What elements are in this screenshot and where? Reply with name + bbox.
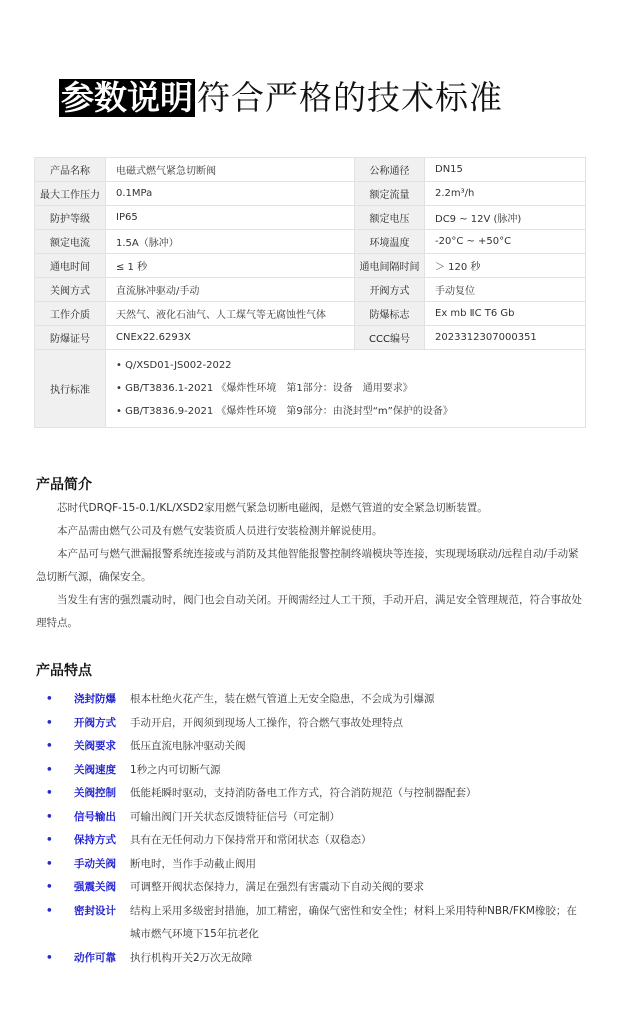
feature-item: •密封设计结构上采用多级密封措施，加工精密，确保气密性和安全性；材料上采用特种N… <box>36 900 586 947</box>
spec-value: 0.1MPa <box>106 182 355 206</box>
intro-title: 产品简介 <box>36 474 586 494</box>
bullet-icon: • <box>36 853 74 877</box>
spec-value: 2.2m³/h <box>425 182 586 206</box>
spec-label: 通电间隔时间 <box>355 254 425 278</box>
intro-paragraph: 本产品可与燃气泄漏报警系统连接或与消防及其他智能报警控制终端模块等连接，实现现场… <box>36 543 586 589</box>
feature-desc: 低压直流电脉冲驱动关阀 <box>126 735 586 759</box>
page-title: 参数说明 符合严格的技术标准 <box>59 78 503 118</box>
spec-value: ≤ 1 秒 <box>106 254 355 278</box>
spec-row: 工作介质天然气、液化石油气、人工煤气等无腐蚀性气体防爆标志Ex mb ⅡC T6… <box>35 302 586 326</box>
spec-value: IP65 <box>106 206 355 230</box>
feature-desc: 1秒之内可切断气源 <box>126 759 586 783</box>
standards-list: • Q/XSD01-JS002-2022• GB/T3836.1-2021 《爆… <box>106 350 586 428</box>
feature-item: •关阀要求低压直流电脉冲驱动关阀 <box>36 735 586 759</box>
feature-desc: 可调整开阀状态保持力，满足在强烈有害震动下自动关阀的要求 <box>126 876 586 900</box>
bullet-icon: • <box>36 829 74 853</box>
spec-label: 额定流量 <box>355 182 425 206</box>
spec-row: 通电时间≤ 1 秒通电间隔时间＞ 120 秒 <box>35 254 586 278</box>
bullet-icon: • <box>36 712 74 736</box>
intro-paragraph: 本产品需由燃气公司及有燃气安装资质人员进行安装检测并解说使用。 <box>36 520 586 543</box>
bullet-icon: • <box>36 947 74 971</box>
feature-key: 动作可靠 <box>74 947 126 971</box>
spec-label: 公称通径 <box>355 158 425 182</box>
spec-row: 最大工作压力0.1MPa额定流量2.2m³/h <box>35 182 586 206</box>
standard-item: • Q/XSD01-JS002-2022 <box>116 354 585 377</box>
feature-key: 浇封防爆 <box>74 688 126 712</box>
feature-desc: 手动开启，开阀须到现场人工操作，符合燃气事故处理特点 <box>126 712 586 736</box>
feature-desc: 可输出阀门开关状态反馈特征信号（可定制） <box>126 806 586 830</box>
spec-label: 额定电流 <box>35 230 106 254</box>
bullet-icon: • <box>36 688 74 712</box>
spec-label: 环境温度 <box>355 230 425 254</box>
spec-label: 防护等级 <box>35 206 106 230</box>
spec-value: 直流脉冲驱动/手动 <box>106 278 355 302</box>
feature-item: •动作可靠执行机构开关2万次无故障 <box>36 947 586 971</box>
bullet-icon: • <box>36 735 74 759</box>
feature-desc: 结构上采用多级密封措施，加工精密，确保气密性和安全性；材料上采用特种NBR/FK… <box>126 900 586 947</box>
feature-key: 开阀方式 <box>74 712 126 736</box>
feature-item: •浇封防爆根本杜绝火花产生，装在燃气管道上无安全隐患，不会成为引爆源 <box>36 688 586 712</box>
spec-row: 额定电流1.5A（脉冲）环境温度-20°C ~ +50°C <box>35 230 586 254</box>
standard-item: • GB/T3836.1-2021 《爆炸性环境 第1部分：设备 通用要求》 <box>116 377 585 400</box>
spec-value: 天然气、液化石油气、人工煤气等无腐蚀性气体 <box>106 302 355 326</box>
spec-label: 额定电压 <box>355 206 425 230</box>
bullet-icon: • <box>36 900 74 947</box>
feature-list: •浇封防爆根本杜绝火花产生，装在燃气管道上无安全隐患，不会成为引爆源•开阀方式手… <box>36 688 586 970</box>
feature-item: •信号输出可输出阀门开关状态反馈特征信号（可定制） <box>36 806 586 830</box>
spec-row: 产品名称电磁式燃气紧急切断阀公称通径DN15 <box>35 158 586 182</box>
standards-label: 执行标准 <box>35 350 106 428</box>
spec-value: CNEx22.6293X <box>106 326 355 350</box>
standards-row: 执行标准• Q/XSD01-JS002-2022• GB/T3836.1-202… <box>35 350 586 428</box>
feature-item: •手动关阀断电时，当作手动截止阀用 <box>36 853 586 877</box>
spec-value: ＞ 120 秒 <box>425 254 586 278</box>
features-section: 产品特点 •浇封防爆根本杜绝火花产生，装在燃气管道上无安全隐患，不会成为引爆源•… <box>36 660 586 970</box>
feature-desc: 根本杜绝火花产生，装在燃气管道上无安全隐患，不会成为引爆源 <box>126 688 586 712</box>
spec-value: 手动复位 <box>425 278 586 302</box>
title-highlight: 参数说明 <box>59 79 195 117</box>
spec-label: CCC编号 <box>355 326 425 350</box>
spec-row: 关阀方式直流脉冲驱动/手动开阀方式手动复位 <box>35 278 586 302</box>
spec-value: -20°C ~ +50°C <box>425 230 586 254</box>
spec-label: 工作介质 <box>35 302 106 326</box>
feature-item: •关阀控制低能耗瞬时驱动，支持消防备电工作方式，符合消防规范（与控制器配套） <box>36 782 586 806</box>
spec-value: 2023312307000351 <box>425 326 586 350</box>
spec-value: 电磁式燃气紧急切断阀 <box>106 158 355 182</box>
intro-paragraph: 芯时代DRQF-15-0.1/KL/XSD2家用燃气紧急切断电磁阀，是燃气管道的… <box>36 497 586 520</box>
feature-key: 保持方式 <box>74 829 126 853</box>
spec-label: 开阀方式 <box>355 278 425 302</box>
bullet-icon: • <box>36 806 74 830</box>
feature-item: •保持方式具有在无任何动力下保持常开和常闭状态（双稳态） <box>36 829 586 853</box>
spec-label: 最大工作压力 <box>35 182 106 206</box>
spec-label: 产品名称 <box>35 158 106 182</box>
standard-item: • GB/T3836.9-2021 《爆炸性环境 第9部分：由浇封型“m”保护的… <box>116 400 585 423</box>
features-title: 产品特点 <box>36 660 586 680</box>
feature-desc: 断电时，当作手动截止阀用 <box>126 853 586 877</box>
feature-item: •关阀速度1秒之内可切断气源 <box>36 759 586 783</box>
spec-label: 通电时间 <box>35 254 106 278</box>
title-rest: 符合严格的技术标准 <box>197 78 503 118</box>
feature-item: •开阀方式手动开启，开阀须到现场人工操作，符合燃气事故处理特点 <box>36 712 586 736</box>
spec-value: Ex mb ⅡC T6 Gb <box>425 302 586 326</box>
spec-label: 防爆证号 <box>35 326 106 350</box>
spec-value: DC9 ~ 12V (脉冲) <box>425 206 586 230</box>
bullet-icon: • <box>36 759 74 783</box>
spec-label: 关阀方式 <box>35 278 106 302</box>
bullet-icon: • <box>36 782 74 806</box>
feature-desc: 低能耗瞬时驱动，支持消防备电工作方式，符合消防规范（与控制器配套） <box>126 782 586 806</box>
intro-section: 产品简介 芯时代DRQF-15-0.1/KL/XSD2家用燃气紧急切断电磁阀，是… <box>36 474 586 635</box>
feature-key: 强震关阀 <box>74 876 126 900</box>
feature-item: •强震关阀可调整开阀状态保持力，满足在强烈有害震动下自动关阀的要求 <box>36 876 586 900</box>
feature-key: 密封设计 <box>74 900 126 947</box>
feature-key: 关阀要求 <box>74 735 126 759</box>
feature-desc: 执行机构开关2万次无故障 <box>126 947 586 971</box>
feature-key: 关阀速度 <box>74 759 126 783</box>
spec-table: 产品名称电磁式燃气紧急切断阀公称通径DN15最大工作压力0.1MPa额定流量2.… <box>34 157 586 428</box>
spec-row: 防爆证号CNEx22.6293XCCC编号2023312307000351 <box>35 326 586 350</box>
feature-key: 信号输出 <box>74 806 126 830</box>
intro-paragraph: 当发生有害的强烈震动时，阀门也会自动关闭。开阀需经过人工干预，手动开启，满足安全… <box>36 589 586 635</box>
bullet-icon: • <box>36 876 74 900</box>
spec-value: 1.5A（脉冲） <box>106 230 355 254</box>
spec-label: 防爆标志 <box>355 302 425 326</box>
spec-value: DN15 <box>425 158 586 182</box>
spec-row: 防护等级IP65额定电压DC9 ~ 12V (脉冲) <box>35 206 586 230</box>
feature-desc: 具有在无任何动力下保持常开和常闭状态（双稳态） <box>126 829 586 853</box>
feature-key: 关阀控制 <box>74 782 126 806</box>
feature-key: 手动关阀 <box>74 853 126 877</box>
